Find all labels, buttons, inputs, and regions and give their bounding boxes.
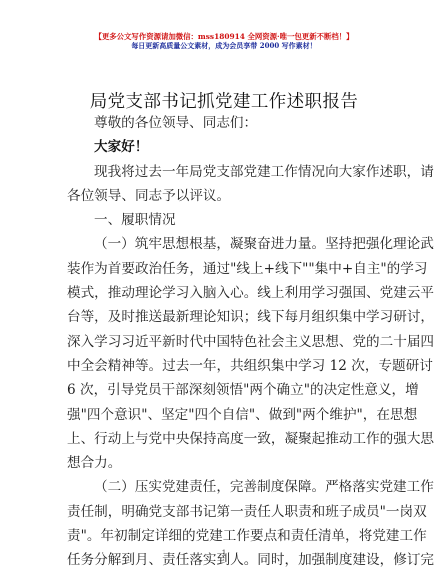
paragraph-line: 责任制，明确党支部书记第一责任人职责和班子成员"一岗双 xyxy=(67,500,385,524)
promo-banner-line-2: 每日更新高质量公文素材，成为会员享带 2000 写作素材！ xyxy=(0,41,448,51)
paragraph-line: 6 次，引导党员干部深刻领悟"两个确立"的决定性意义，增 xyxy=(67,378,385,402)
paragraph-line: 装作为首要政治任务，通过"线上+线下""集中+自主"的学习 xyxy=(67,257,385,281)
paragraph-line: 责"。年初制定详细的党建工作要点和责任清单，将党建工作 xyxy=(67,524,385,548)
paragraph-line: 强"四个意识"、坚定"四个自信"、做到"两个维护"，在思想 xyxy=(67,403,385,427)
document-title: 局党支部书记抓党建工作述职报告 xyxy=(0,88,448,113)
greeting: 大家好！ xyxy=(67,135,385,159)
intro-line: 各位领导、同志予以评议。 xyxy=(67,184,385,208)
paragraph-line: 深入学习习近平新时代中国特色社会主义思想、党的二十届四 xyxy=(67,330,385,354)
page-number: 1 xyxy=(0,549,448,558)
intro-line: 现我将过去一年局党支部党建工作情况向大家作述职，请 xyxy=(67,160,385,184)
paragraph-line: 上、行动上与党中央保持高度一致，凝聚起推动工作的强大思 xyxy=(67,427,385,451)
salutation: 尊敬的各位领导、同志们： xyxy=(67,111,385,135)
paragraph-line: （二）压实党建责任，完善制度保障。严格落实党建工作 xyxy=(67,475,385,499)
paragraph-line: 模式，推动理论学习入脑入心。线上利用学习强国、党建云平 xyxy=(67,281,385,305)
document-page: 【更多公文写作资源请加微信：mss180914 全网资源·唯一包更新不断档！】 … xyxy=(0,0,448,580)
paragraph-line: （一）筑牢思想根基，凝聚奋进力量。坚持把强化理论武 xyxy=(67,232,385,256)
paragraph-line: 想合力。 xyxy=(67,451,385,475)
paragraph-line: 台等，及时推送最新理论知识；线下每月组织集中学习研讨， xyxy=(67,305,385,329)
section-heading: 一、履职情况 xyxy=(67,208,385,232)
paragraph-line: 中全会精神等。过去一年，共组织集中学习 12 次，专题研讨 xyxy=(67,354,385,378)
document-body: 尊敬的各位领导、同志们： 大家好！ 现我将过去一年局党支部党建工作情况向大家作述… xyxy=(67,111,385,573)
